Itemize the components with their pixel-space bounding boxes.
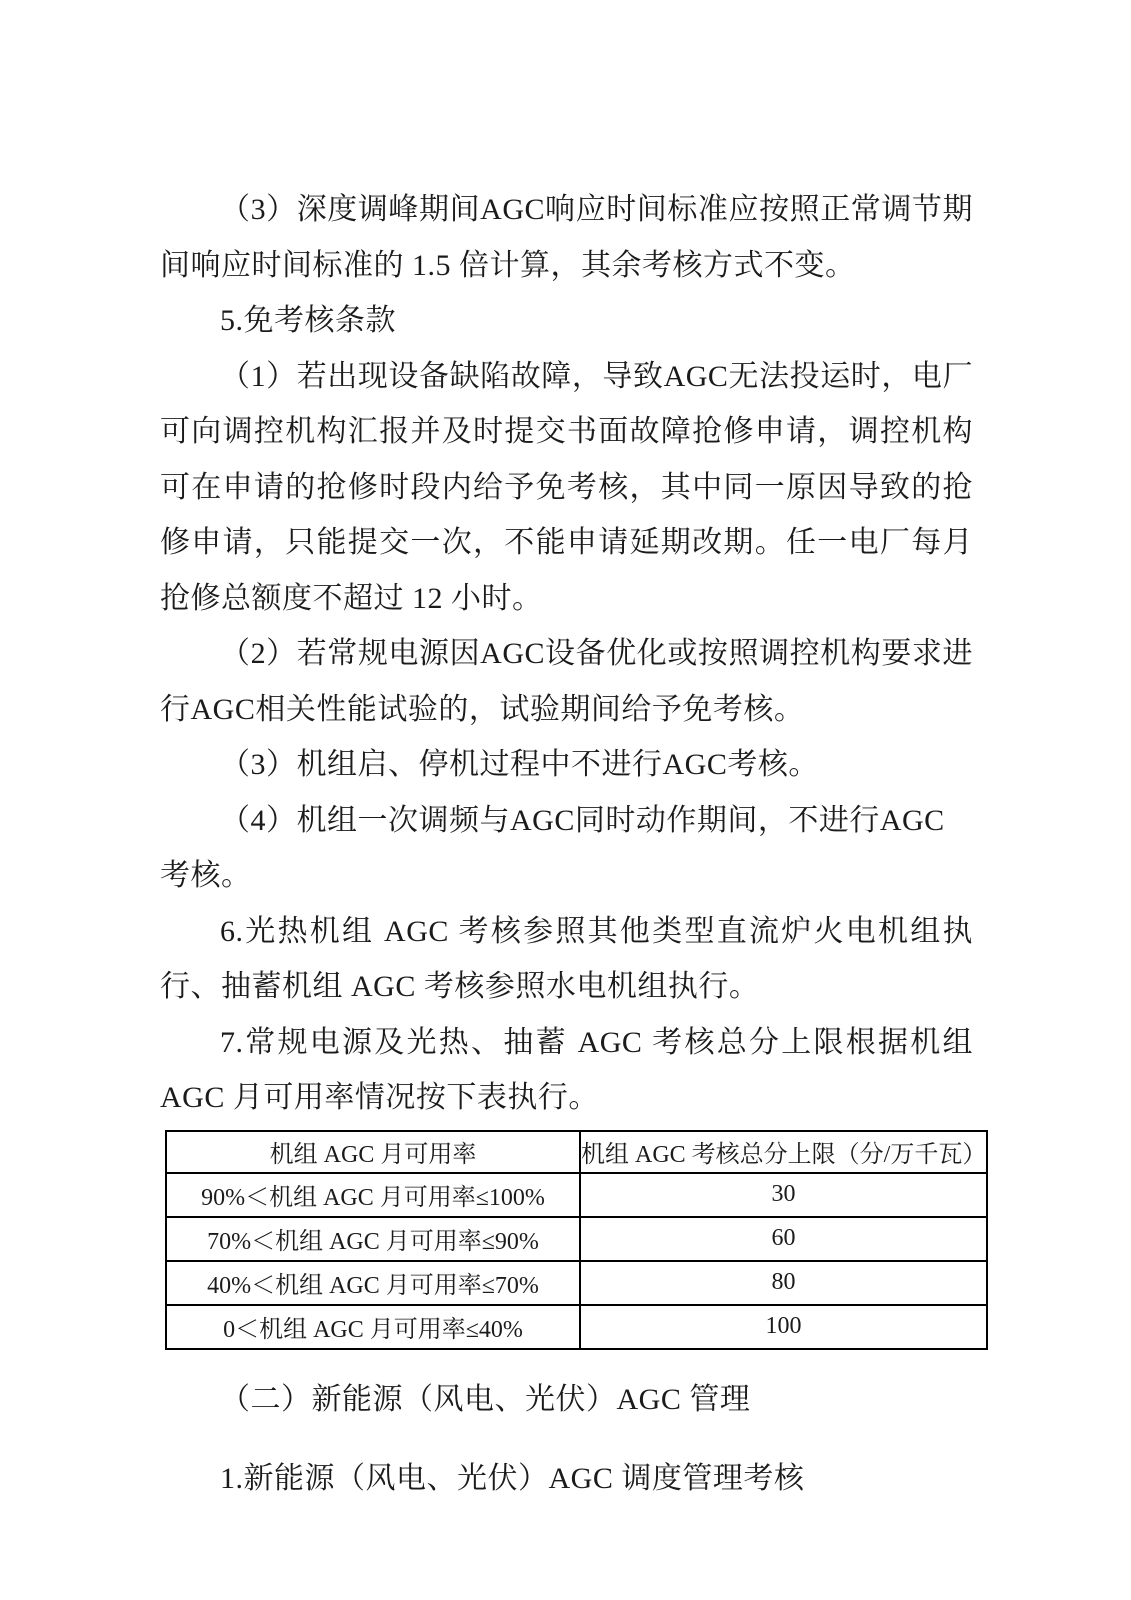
paragraph-score-limit-intro: 7.常规电源及光热、抽蓄 AGC 考核总分上限根据机组 AGC 月可用率情况按下… [160, 1015, 973, 1126]
agc-availability-table: 机组 AGC 月可用率 机组 AGC 考核总分上限（分/万千瓦） 90%＜机组 … [165, 1130, 988, 1350]
table-cell-availability-range: 70%＜机组 AGC 月可用率≤90% [166, 1217, 580, 1261]
table-cell-score-limit: 80 [580, 1261, 987, 1305]
table-header-score-limit: 机组 AGC 考核总分上限（分/万千瓦） [580, 1131, 987, 1173]
table-cell-availability-range: 90%＜机组 AGC 月可用率≤100% [166, 1173, 580, 1217]
table-cell-score-limit: 100 [580, 1305, 987, 1349]
table-cell-score-limit: 60 [580, 1217, 987, 1261]
paragraph-exemption-item-2: （2）若常规电源因AGC设备优化或按照调控机构要求进行AGC相关性能试验的，试验… [160, 626, 973, 737]
table-cell-availability-range: 0＜机组 AGC 月可用率≤40% [166, 1305, 580, 1349]
table-header-row: 机组 AGC 月可用率 机组 AGC 考核总分上限（分/万千瓦） [166, 1131, 987, 1173]
table-row: 40%＜机组 AGC 月可用率≤70% 80 [166, 1261, 987, 1305]
paragraph-exemption-item-3: （3）机组启、停机过程中不进行AGC考核。 [160, 737, 973, 793]
paragraph-exemption-item-1: （1）若出现设备缺陷故障，导致AGC无法投运时，电厂可向调控机构汇报并及时提交书… [160, 349, 973, 627]
table-cell-score-limit: 30 [580, 1173, 987, 1217]
subsection-heading-dispatch-assessment: 1.新能源（风电、光伏）AGC 调度管理考核 [160, 1451, 973, 1507]
table-row: 0＜机组 AGC 月可用率≤40% 100 [166, 1305, 987, 1349]
paragraph-solar-thermal-rule: 6.光热机组 AGC 考核参照其他类型直流炉火电机组执行、抽蓄机组 AGC 考核… [160, 904, 973, 1015]
paragraph-exemption-item-4: （4）机组一次调频与AGC同时动作期间，不进行AGC考核。 [160, 793, 973, 904]
document-page: （3）深度调峰期间AGC响应时间标准应按照正常调节期间响应时间标准的 1.5 倍… [0, 0, 1131, 1600]
table-row: 70%＜机组 AGC 月可用率≤90% 60 [166, 1217, 987, 1261]
section-heading-new-energy-agc: （二）新能源（风电、光伏）AGC 管理 [160, 1372, 973, 1428]
paragraph-exemption-clause-title: 5.免考核条款 [160, 293, 973, 349]
paragraph-deep-peak-response: （3）深度调峰期间AGC响应时间标准应按照正常调节期间响应时间标准的 1.5 倍… [160, 182, 973, 293]
table-row: 90%＜机组 AGC 月可用率≤100% 30 [166, 1173, 987, 1217]
table-header-availability: 机组 AGC 月可用率 [166, 1131, 580, 1173]
table-cell-availability-range: 40%＜机组 AGC 月可用率≤70% [166, 1261, 580, 1305]
